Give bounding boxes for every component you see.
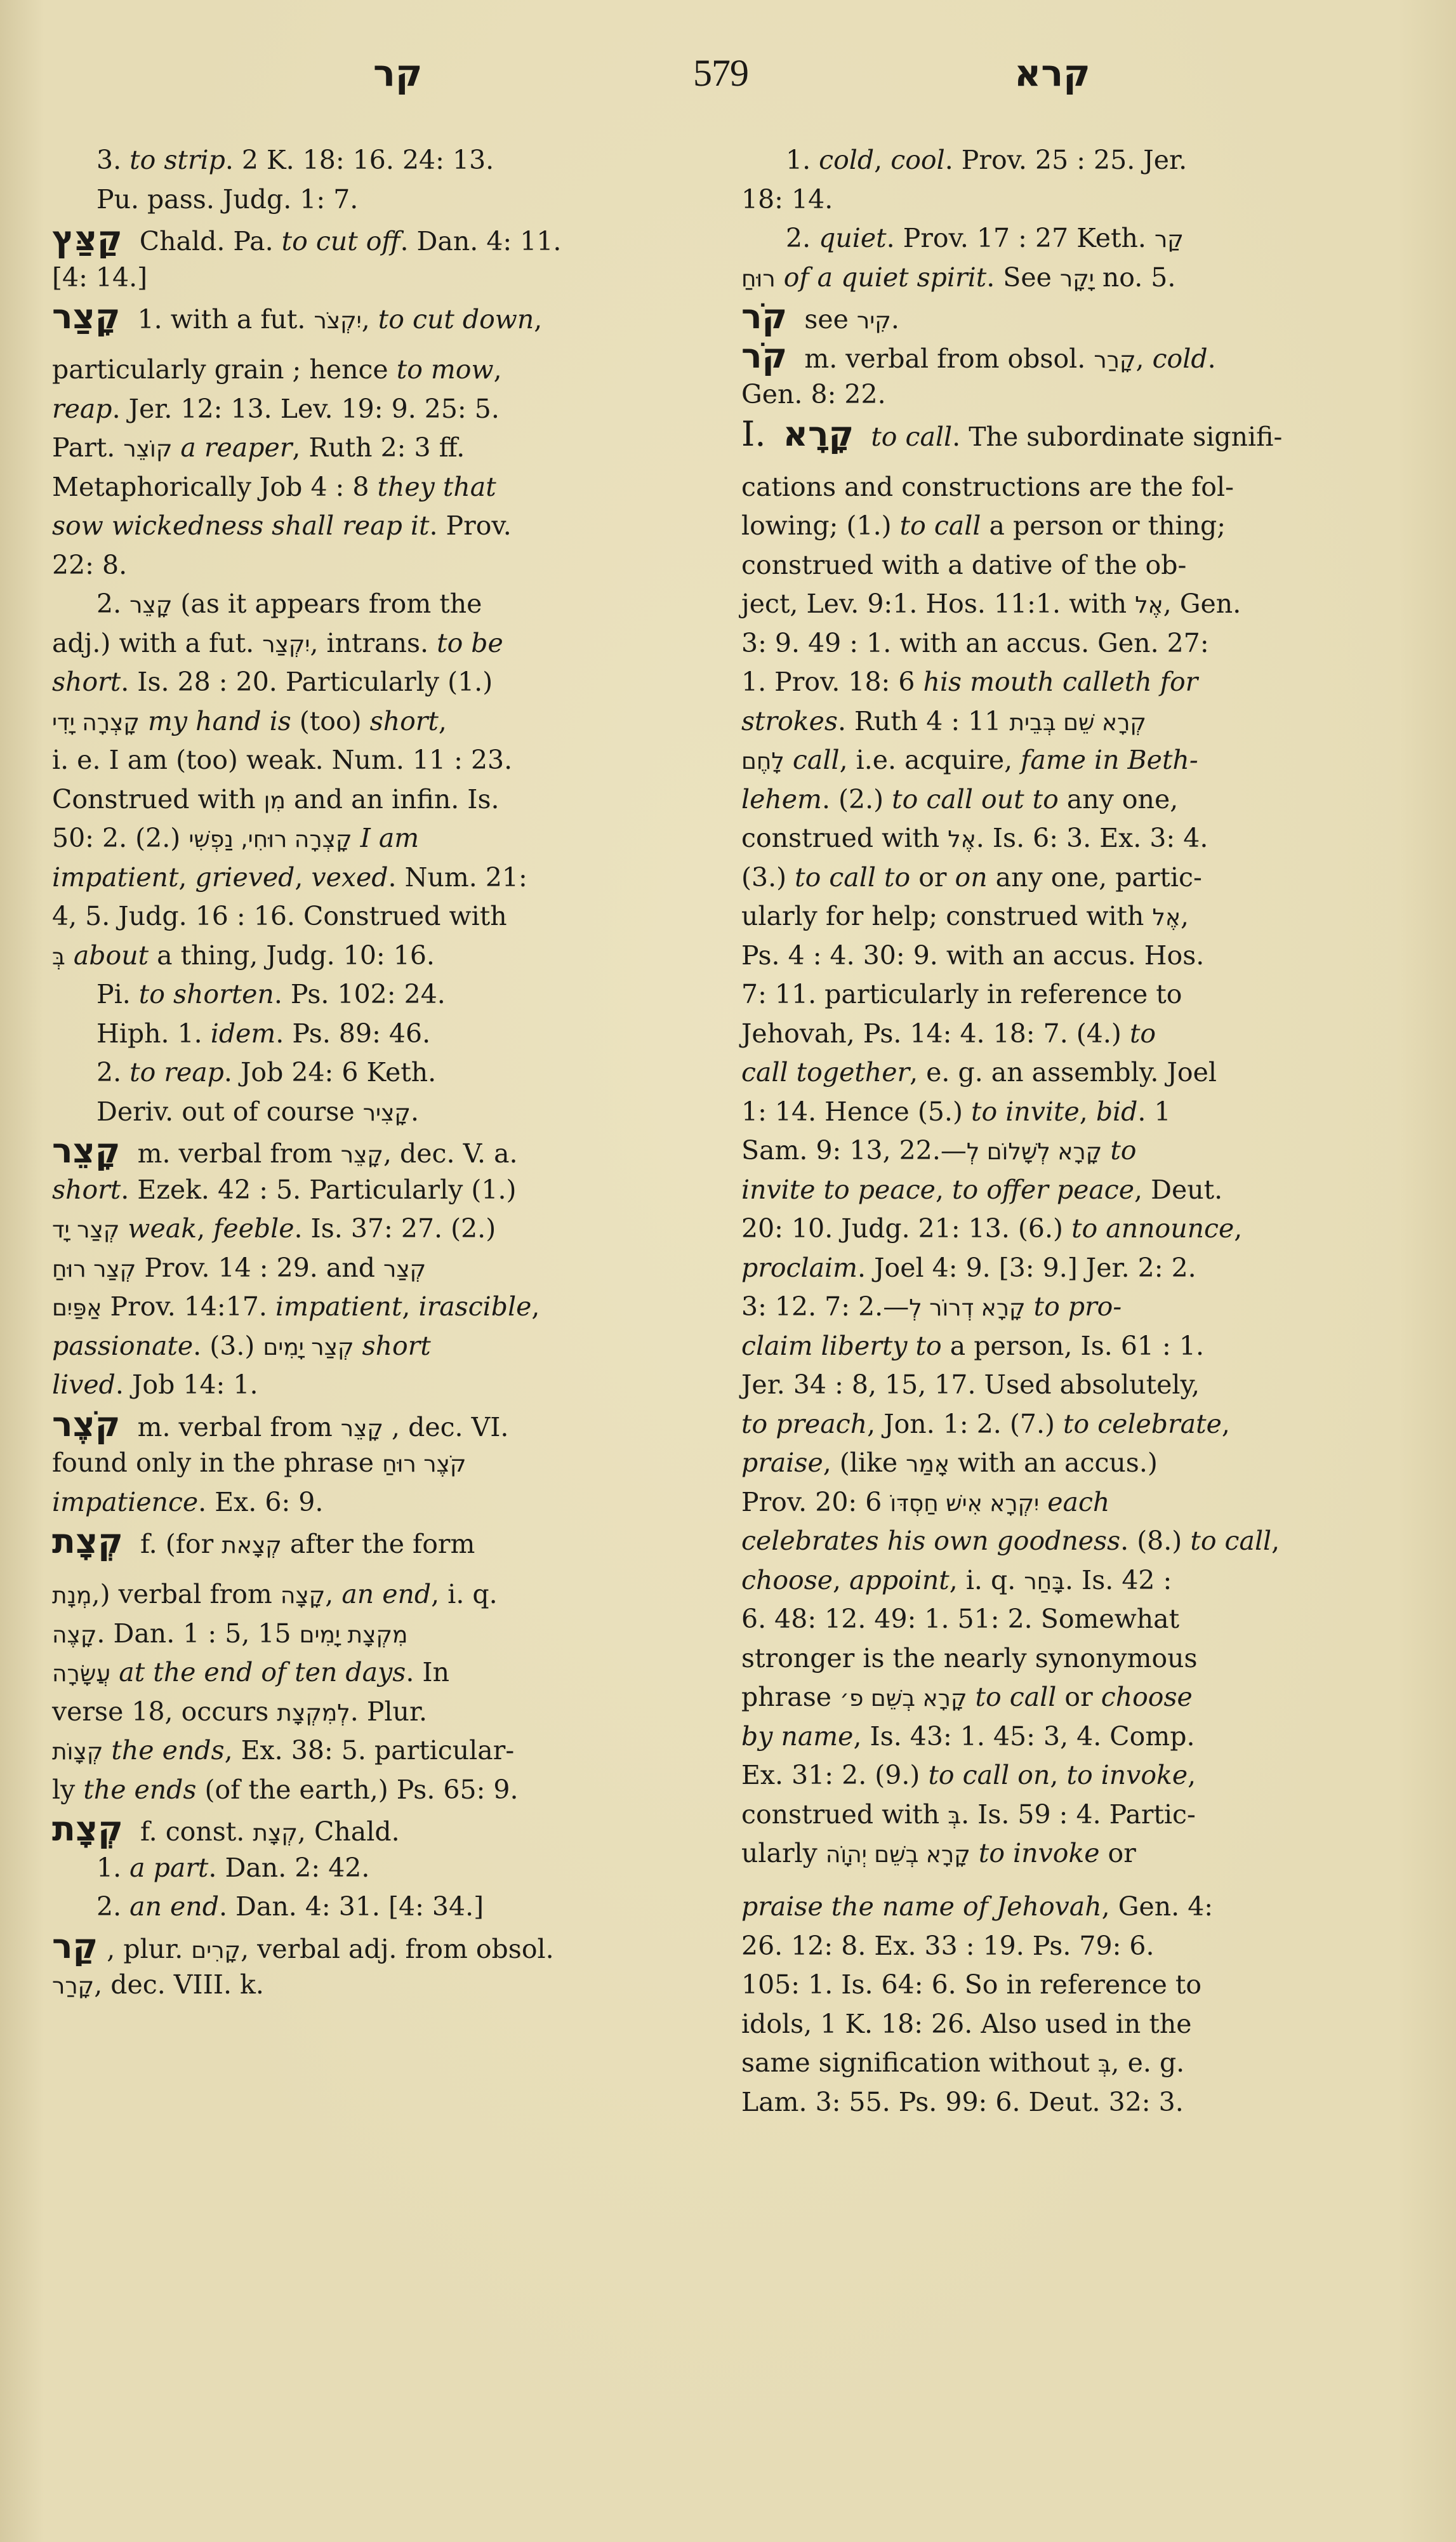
italic-gloss: to call (976, 1682, 1057, 1712)
entry-text-line: short. Is. 28 : 20. Particularly (1.) (52, 663, 725, 702)
definition-text: and an infin. Is. (286, 784, 500, 815)
hebrew-word: קֹצֶר רוּחַ (382, 1445, 466, 1484)
entry-text-line: lowing; (1.) to call a person or thing; (741, 507, 1408, 546)
entry-headword-line: קַר, plur. קָרִים, verbal adj. from obso… (52, 1927, 725, 1966)
entry-text-line: choose, appoint, i. q. בָּחַר. Is. 42 : (741, 1561, 1408, 1600)
definition-text: Chald. Pa. (131, 226, 282, 256)
italic-gloss: to shorten (139, 979, 274, 1009)
definition-text: , (like (823, 1447, 906, 1478)
entry-text-line: Pi. to shorten. Ps. 102: 24. (52, 975, 725, 1015)
italic-gloss: idem (211, 1018, 276, 1049)
headword-hebrew: קֹצֶר (52, 1405, 121, 1444)
definition-text: . (8.) (1120, 1526, 1190, 1556)
definition-text: , (936, 1175, 952, 1205)
definition-text (140, 706, 148, 736)
italic-gloss: feeble (213, 1213, 294, 1244)
definition-text: 2. (96, 589, 129, 619)
entry-headword-line: קָצֵר m. verbal from קָצֵר, dec. V. a. (52, 1131, 725, 1171)
definition-text (354, 1331, 362, 1361)
definition-text: 22: 8. (52, 550, 127, 580)
hebrew-word: אַפַּיִם (52, 1289, 102, 1328)
italic-gloss: fame in Beth- (1021, 745, 1198, 775)
definition-text (119, 1213, 128, 1244)
hebrew-word: לְמִקְצָת (277, 1694, 350, 1733)
definition-text (970, 1838, 979, 1868)
definition-text: . In (406, 1657, 449, 1687)
entry-text-line: 1: 14. Hence (5.) to invite, bid. 1 (741, 1093, 1408, 1132)
definition-text: , (295, 862, 311, 893)
italic-gloss: impatient (275, 1291, 402, 1322)
definition-text: 1. (96, 1853, 129, 1883)
italic-gloss: bid (1096, 1096, 1138, 1127)
definition-text: Prov. 14:17. (102, 1291, 276, 1322)
definition-text: ly (52, 1774, 83, 1805)
italic-gloss: to call on (928, 1760, 1050, 1790)
definition-text (172, 432, 180, 463)
entry-text-line: stronger is the nearly synonymous (741, 1639, 1408, 1679)
definition-text: (too) (291, 706, 370, 736)
entry-headword-line: קֹצֶר m. verbal from קָצֵר , dec. VI. (52, 1405, 725, 1444)
entry-text-line: (3.) to call to or on any one, partic- (741, 858, 1408, 898)
entry-text-line: short. Ezek. 42 : 5. Particularly (1.) (52, 1171, 725, 1210)
left-guideword: קר (373, 48, 423, 98)
definition-text (103, 1735, 111, 1766)
entry-text-line: ularly קָרָא בְשֵׁם יְהוָֹה to invoke or (741, 1834, 1408, 1887)
entry-text-line: Construed with מִן and an infin. Is. (52, 780, 725, 820)
hebrew-word: קָרַר (52, 1967, 94, 2006)
italic-gloss: grieved (195, 862, 295, 893)
italic-gloss: irascible (419, 1291, 532, 1322)
definition-text: , dec. VI. (383, 1412, 508, 1442)
definition-text: . Prov. 25 : 25. Jer. (945, 145, 1187, 175)
left-column: 3. to strip. 2 K. 18: 16. 24: 13.Pu. pas… (52, 141, 725, 2005)
hebrew-word: קִיר (857, 302, 891, 341)
entry-text-line: lived. Job 14: 1. (52, 1366, 725, 1405)
italic-gloss: a part (129, 1853, 208, 1883)
definition-text: Pu. pass. Judg. 1: 7. (96, 184, 358, 215)
hebrew-word: קָרִים (191, 1931, 241, 1971)
definition-text: Ex. 31: 2. (9.) (741, 1760, 928, 1790)
hebrew-word: לָחֶם (741, 742, 784, 782)
entry-text-line: 2. quiet. Prov. 17 : 27 Keth. קַר (741, 219, 1408, 258)
definition-text: I. (741, 414, 777, 454)
hebrew-word: אֶל (948, 820, 976, 860)
page-header: קר 579 קרא (0, 48, 1456, 105)
definition-text: Prov. 14 : 29. and (136, 1253, 383, 1283)
headword-hebrew: קָרָא (783, 415, 854, 454)
headword-hebrew: קֹר (741, 336, 787, 376)
definition-text: , (325, 1579, 341, 1609)
definition-text: 1. with a fut. (129, 304, 314, 335)
hebrew-word: קוֹצֵר (123, 430, 172, 469)
definition-text: , (439, 706, 447, 736)
entry-text-line: 7: 11. particularly in reference to (741, 975, 1408, 1015)
definition-text: idols, 1 K. 18: 26. Also used in the (741, 2009, 1192, 2039)
italic-gloss: to cut off (282, 226, 400, 256)
entry-text-line: 105: 1. Is. 64: 6. So in reference to (741, 1966, 1408, 2005)
hebrew-word: קְצָוֹת (52, 1733, 103, 1772)
definition-text: . Plur. (350, 1696, 427, 1727)
definition-text: Ps. 4 : 4. 30: 9. with an accus. Hos. (741, 940, 1204, 971)
italic-gloss: short (52, 667, 121, 697)
definition-text: 1. Prov. 18: 6 (741, 667, 923, 697)
definition-text: ject, Lev. 9:1. Hos. 11:1. with (741, 589, 1135, 619)
definition-text: , (1271, 1526, 1280, 1556)
definition-text (352, 823, 361, 853)
entry-text-line: מְנָת,) verbal from קָצָה, an end, i. q. (52, 1575, 725, 1614)
italic-gloss: to preach (741, 1409, 867, 1439)
definition-text: same signification without (741, 2047, 1098, 2078)
entry-headword-line: I. קָרָא to call. The subordinate signif… (741, 415, 1408, 468)
definition-text: , i. q. (431, 1579, 498, 1609)
definition-text: . Dan. 4: 31. [4: 34.] (219, 1891, 484, 1922)
definition-text: . Ex. 6: 9. (198, 1487, 323, 1517)
definition-text: 3: 9. 49 : 1. with an accus. Gen. 27: (741, 628, 1209, 658)
italic-gloss: cool (890, 145, 944, 175)
definition-text: cations and constructions are the fol- (741, 472, 1234, 502)
entry-text-line: praise, (like אָמַר with an accus.) (741, 1444, 1408, 1483)
entry-text-line: 50: 2. (2.) קָצְרָה רוּחִי, נַפְשִׁי I a… (52, 819, 725, 858)
definition-text: , (531, 1291, 539, 1322)
definition-text: . Num. 21: (388, 862, 527, 893)
entry-text-line: to preach, Jon. 1: 2. (7.) to celebrate, (741, 1405, 1408, 1444)
entry-text-line: ly the ends (of the earth,) Ps. 65: 9. (52, 1771, 725, 1810)
definition-text: 50: 2. (2.) (52, 823, 189, 853)
definition-text: construed with (741, 823, 948, 853)
italic-gloss: to celebrate (1063, 1409, 1222, 1439)
hebrew-word: יָקָר (1060, 260, 1094, 299)
definition-text (1026, 1291, 1034, 1322)
entry-text-line: Prov. 20: 6 יִקְרָא אִישׁ חַסְדּוֹ each (741, 1483, 1408, 1522)
italic-gloss: to be (437, 628, 503, 658)
entry-text-line: 22: 8. (52, 546, 725, 585)
italic-gloss: cold (1153, 343, 1208, 374)
italic-gloss: vexed (311, 862, 388, 893)
entry-text-line: קָצְרָה יָדִי my hand is (too) short, (52, 702, 725, 742)
italic-gloss: on (955, 862, 988, 893)
definition-text: , plur. (107, 1934, 191, 1964)
entry-text-line: praise the name of Jehovah, Gen. 4: (741, 1887, 1408, 1927)
italic-gloss: to call out to (892, 784, 1059, 815)
definition-text: , (494, 354, 502, 385)
italic-gloss: short (52, 1175, 121, 1205)
italic-gloss: strokes (741, 706, 838, 736)
definition-text: , Jon. 1: 2. (7.) (867, 1409, 1063, 1439)
definition-text: verse 18, occurs (52, 1696, 277, 1727)
italic-gloss: short (370, 706, 439, 736)
hebrew-word: בְּ (948, 1797, 961, 1836)
definition-text: stronger is the nearly synonymous (741, 1643, 1198, 1674)
definition-text (863, 422, 871, 452)
definition-text (1102, 1135, 1110, 1166)
italic-gloss: to reap (129, 1057, 224, 1088)
definition-text: Lam. 3: 55. Ps. 99: 6. Deut. 32: 3. (741, 2087, 1184, 2117)
italic-gloss: to cut down (378, 304, 534, 335)
entry-text-line: phrase קָרָא בְשֵׁם פ׳ to call or choose (741, 1678, 1408, 1717)
hebrew-word: קַר (1155, 220, 1184, 260)
entry-text-line: אַפַּיִם Prov. 14:17. impatient, irascib… (52, 1288, 725, 1327)
hebrew-word: קְצָאת (222, 1526, 282, 1566)
hebrew-word: קָרָא לְשָׁלוֹם לְ (967, 1133, 1102, 1172)
definition-text: Construed with (52, 784, 264, 815)
definition-text: construed with (741, 1799, 948, 1830)
entry-text-line: call together, e. g. an assembly. Joel (741, 1053, 1408, 1093)
hebrew-word: רוּחַ (741, 260, 776, 299)
definition-text: a person, Is. 61 : 1. (942, 1331, 1204, 1361)
italic-gloss: a reaper (180, 432, 292, 463)
definition-text (110, 1657, 119, 1687)
definition-text: 6. 48: 12. 49: 1. 51: 2. Somewhat (741, 1604, 1179, 1634)
definition-text: Gen. 8: 22. (741, 379, 886, 409)
definition-text (967, 1682, 976, 1712)
entry-text-line: קְצַר יָד weak, feeble. Is. 37: 27. (2.) (52, 1209, 725, 1249)
definition-text: , (178, 862, 195, 893)
entry-text-line: adj.) with a fut. יִקְצַר, intrans. to b… (52, 624, 725, 663)
entry-text-line: idols, 1 K. 18: 26. Also used in the (741, 2005, 1408, 2044)
italic-gloss: to call (900, 510, 981, 541)
definition-text: , i.e. acquire, (840, 745, 1021, 775)
italic-gloss: of a quiet spirit (784, 262, 987, 293)
definition-text (776, 262, 784, 293)
definition-text: 7: 11. particularly in reference to (741, 979, 1182, 1009)
definition-text: . (411, 1096, 419, 1127)
definition-text: . 1 (1137, 1096, 1170, 1127)
entry-text-line: Sam. 9: 13, 22.—קָרָא לְשָׁלוֹם לְ to (741, 1131, 1408, 1171)
italic-gloss: the ends (111, 1735, 224, 1766)
definition-text: Metaphorically Job 4 : 8 (52, 472, 378, 502)
definition-text: m. verbal from (129, 1412, 341, 1442)
definition-text: (of the earth,) Ps. 65: 9. (196, 1774, 518, 1805)
italic-gloss: to (1130, 1018, 1156, 1049)
entry-text-line: [4: 14.] (52, 258, 725, 298)
italic-gloss: to mow (397, 354, 494, 385)
hebrew-word: בָּחַר (1024, 1562, 1065, 1602)
entry-text-line: Deriv. out of course קָצִיר. (52, 1093, 725, 1132)
entry-text-line: Hiph. 1. idem. Ps. 89: 46. (52, 1015, 725, 1054)
definition-text: phrase (741, 1682, 840, 1712)
definition-text: . Ps. 89: 46. (275, 1018, 430, 1049)
italic-gloss: the ends (83, 1774, 196, 1805)
definition-text: 26. 12: 8. Ex. 33 : 19. Ps. 79: 6. (741, 1931, 1155, 1961)
hebrew-word: קָרָא דְרוֹר לְ (909, 1289, 1025, 1328)
definition-text: with an accus.) (950, 1447, 1158, 1478)
italic-gloss: to call to (795, 862, 910, 893)
definition-text: 105: 1. Is. 64: 6. So in reference to (741, 1969, 1201, 2000)
right-guideword: קרא (1014, 48, 1090, 98)
italic-gloss: to announce (1071, 1213, 1234, 1244)
definition-text: . Job 14: 1. (116, 1369, 258, 1400)
hebrew-word: מִקְצָת יָמִים (300, 1616, 408, 1655)
hebrew-word: קָרָא בְשֵׁם יְהוָֹה (826, 1835, 970, 1875)
definition-text: , Ex. 38: 5. particular- (225, 1735, 515, 1766)
definition-text: , Is. 43: 1. 45: 3, 4. Comp. (853, 1721, 1195, 1752)
definition-text: ularly (741, 1838, 826, 1868)
definition-text: . The subordinate signifi- (952, 422, 1282, 452)
definition-text: , (1181, 901, 1189, 931)
definition-text (784, 745, 793, 775)
entry-text-line: construed with אֶל. Is. 6: 3. Ex. 3: 4. (741, 819, 1408, 858)
definition-text: , Deut. (1134, 1175, 1222, 1205)
italic-gloss: by name (741, 1721, 853, 1752)
entry-text-line: Pu. pass. Judg. 1: 7. (52, 180, 725, 220)
entry-text-line: 3. to strip. 2 K. 18: 16. 24: 13. (52, 141, 725, 180)
headword-hebrew: קַצַּץ (52, 219, 122, 258)
entry-text-line: proclaim. Joel 4: 9. [3: 9.] Jer. 2: 2. (741, 1249, 1408, 1288)
entry-text-line: קָצֶה. Dan. 1 : 5, 15 מִקְצָת יָמִים (52, 1614, 725, 1654)
definition-text: Part. (52, 432, 123, 463)
definition-text: 3: 12. 7: 2.— (741, 1291, 909, 1322)
entry-text-line: קְצַר רוּחַ Prov. 14 : 29. and קְצַר (52, 1249, 725, 1288)
definition-text: , Ruth 2: 3 ff. (292, 432, 465, 463)
entry-text-line: Jehovah, Ps. 14: 4. 18: 7. (4.) to (741, 1015, 1408, 1054)
italic-gloss: appoint (849, 1565, 950, 1595)
definition-text: . Ezek. 42 : 5. Particularly (1.) (121, 1175, 516, 1205)
italic-gloss: my hand is (148, 706, 291, 736)
definition-text: , e. g. (1111, 2047, 1185, 2078)
right-column: 1. cold, cool. Prov. 25 : 25. Jer.18: 14… (741, 141, 1408, 2122)
italic-gloss: cold (819, 145, 874, 175)
definition-text: , (1188, 1760, 1196, 1790)
hebrew-word: קָצֶה (52, 1616, 96, 1655)
definition-text: [4: 14.] (52, 262, 147, 293)
definition-text: Deriv. out of course (96, 1096, 363, 1127)
hebrew-word: קְצַר (383, 1250, 426, 1289)
italic-gloss: celebrates his own goodness (741, 1526, 1120, 1556)
entry-text-line: 4, 5. Judg. 16 : 16. Construed with (52, 897, 725, 936)
entry-text-line: sow wickedness shall reap it. Prov. (52, 507, 725, 546)
entry-text-line: by name, Is. 43: 1. 45: 3, 4. Comp. (741, 1717, 1408, 1757)
definition-text: Hiph. 1. (96, 1018, 211, 1049)
entry-text-line: found only in the phrase קֹצֶר רוּחַ (52, 1444, 725, 1483)
italic-gloss: short (362, 1331, 431, 1361)
entry-text-line: invite to peace, to offer peace, Deut. (741, 1171, 1408, 1210)
headword-hebrew: קְצָת (52, 1809, 123, 1849)
dictionary-page: קר 579 קרא 3. to strip. 2 K. 18: 16. 24:… (0, 0, 1456, 2542)
italic-gloss: call (793, 745, 840, 775)
entry-text-line: 6. 48: 12. 49: 1. 51: 2. Somewhat (741, 1600, 1408, 1639)
entry-text-line: קָרַר, dec. VIII. k. (52, 1966, 725, 2005)
entry-text-line: impatient, grieved, vexed. Num. 21: (52, 858, 725, 898)
italic-gloss: impatience (52, 1487, 198, 1517)
definition-text: , Gen. (1163, 589, 1241, 619)
entry-headword-line: קֹר see קִיר. (741, 297, 1408, 336)
definition-text: . (1208, 343, 1216, 374)
italic-gloss: about (74, 940, 149, 971)
definition-text: . Joel 4: 9. [3: 9.] Jer. 2: 2. (857, 1253, 1196, 1283)
definition-text: lowing; (1.) (741, 510, 900, 541)
definition-text: . Is. 6: 3. Ex. 3: 4. (976, 823, 1208, 853)
italic-gloss: choose (1101, 1682, 1193, 1712)
hebrew-word: מִן (264, 782, 286, 821)
definition-text: , (1234, 1213, 1242, 1244)
italic-gloss: sow wickedness shall reap it (52, 510, 429, 541)
definition-text: or (1100, 1838, 1136, 1868)
definition-text: found only in the phrase (52, 1447, 382, 1478)
definition-text: , (874, 145, 890, 175)
italic-gloss: invite to peace (741, 1175, 936, 1205)
entry-text-line: construed with a dative of the ob- (741, 546, 1408, 585)
entry-text-line: celebrates his own goodness. (8.) to cal… (741, 1522, 1408, 1561)
hebrew-word: אָמַר (906, 1445, 950, 1484)
entry-headword-line: קְצָת f. const. קְצָת, Chald. (52, 1809, 725, 1849)
definition-text: or (910, 862, 955, 893)
entry-headword-line: קְצָת f. (for קְצָאת after the form (52, 1522, 725, 1575)
definition-text: . 2 K. 18: 16. 24: 13. (225, 145, 494, 175)
italic-gloss: each (1047, 1487, 1109, 1517)
definition-text: . Is. 28 : 20. Particularly (1.) (121, 667, 493, 697)
hebrew-word: קָרָא בְשֵׁם פ׳ (840, 1679, 967, 1719)
headword-hebrew: קַר (52, 1927, 98, 1966)
definition-text: 2. (786, 223, 819, 253)
entry-text-line: 3: 9. 49 : 1. with an accus. Gen. 27: (741, 624, 1408, 663)
entry-text-line: Gen. 8: 22. (741, 375, 1408, 415)
entry-text-line: 20: 10. Judg. 21: 13. (6.) to announce, (741, 1209, 1408, 1249)
definition-text: . Is. 37: 27. (2.) (294, 1213, 496, 1244)
definition-text: , (1222, 1409, 1230, 1439)
definition-text: particularly grain ; hence (52, 354, 397, 385)
definition-text: construed with a dative of the ob- (741, 550, 1186, 580)
entry-text-line: i. e. I am (too) weak. Num. 11 : 23. (52, 741, 725, 780)
italic-gloss: quiet (819, 223, 887, 253)
italic-gloss: to (1110, 1135, 1136, 1166)
definition-text: Jehovah, Ps. 14: 4. 18: 7. (4.) (741, 1018, 1130, 1049)
hebrew-word: אֶל (1152, 898, 1181, 938)
entry-text-line: 1. Prov. 18: 6 his mouth calleth for (741, 663, 1408, 702)
entry-text-line: 2. קָצֵר (as it appears from the (52, 585, 725, 624)
italic-gloss: weak (128, 1213, 197, 1244)
hebrew-word: בְּ (1098, 2045, 1111, 2084)
italic-gloss: I am (361, 823, 420, 853)
italic-gloss: to strip (129, 145, 225, 175)
definition-text: see (796, 304, 857, 335)
entry-text-line: passionate. (3.) קְצַר יָמִים short (52, 1327, 725, 1366)
headword-hebrew: קְצָת (52, 1522, 123, 1561)
definition-text: after the form (282, 1529, 475, 1559)
italic-gloss: reap (52, 394, 112, 424)
entry-text-line: verse 18, occurs לְמִקְצָת. Plur. (52, 1693, 725, 1732)
definition-text: , (402, 1291, 418, 1322)
italic-gloss: lehem (741, 784, 822, 815)
definition-text: . (3.) (193, 1331, 263, 1361)
entry-text-line: עֲשָׂרָה at the end of ten days. In (52, 1653, 725, 1693)
definition-text: a person or thing; (981, 510, 1226, 541)
definition-text: . Prov. 17 : 27 Keth. (887, 223, 1155, 253)
definition-text: . (891, 304, 899, 335)
definition-text: ,) verbal from (92, 1579, 281, 1609)
hebrew-word: קְרָא שֵׁם בְּבֵית (1009, 703, 1146, 743)
definition-text: . Jer. 12: 13. Lev. 19: 9. 25: 5. (112, 394, 500, 424)
definition-text: . Dan. 2: 42. (208, 1853, 369, 1883)
definition-text: adj.) with a fut. (52, 628, 262, 658)
definition-text: . (2.) (822, 784, 892, 815)
hebrew-word: אֶל (1135, 586, 1163, 625)
definition-text: , (362, 304, 378, 335)
entry-text-line: ularly for help; construed with אֶל, (741, 897, 1408, 936)
entry-headword-line: קַצַּץ Chald. Pa. to cut off. Dan. 4: 11… (52, 219, 725, 258)
hebrew-word: קְצַר יָמִים (263, 1328, 354, 1367)
definition-text: , (534, 304, 542, 335)
hebrew-word: קָצִיר (363, 1094, 411, 1133)
hebrew-word: יִקְצֹר (314, 302, 361, 341)
italic-gloss: his mouth calleth for (923, 667, 1198, 697)
italic-gloss: lived (52, 1369, 116, 1400)
italic-gloss: to invite (971, 1096, 1080, 1127)
entry-text-line: strokes. Ruth 4 : 11 קְרָא שֵׁם בְּבֵית (741, 702, 1408, 742)
definition-text: . Job 24: 6 Keth. (224, 1057, 436, 1088)
entry-text-line: 1. a part. Dan. 2: 42. (52, 1849, 725, 1888)
entry-text-line: 26. 12: 8. Ex. 33 : 19. Ps. 79: 6. (741, 1927, 1408, 1966)
italic-gloss: to offer peace (952, 1175, 1134, 1205)
